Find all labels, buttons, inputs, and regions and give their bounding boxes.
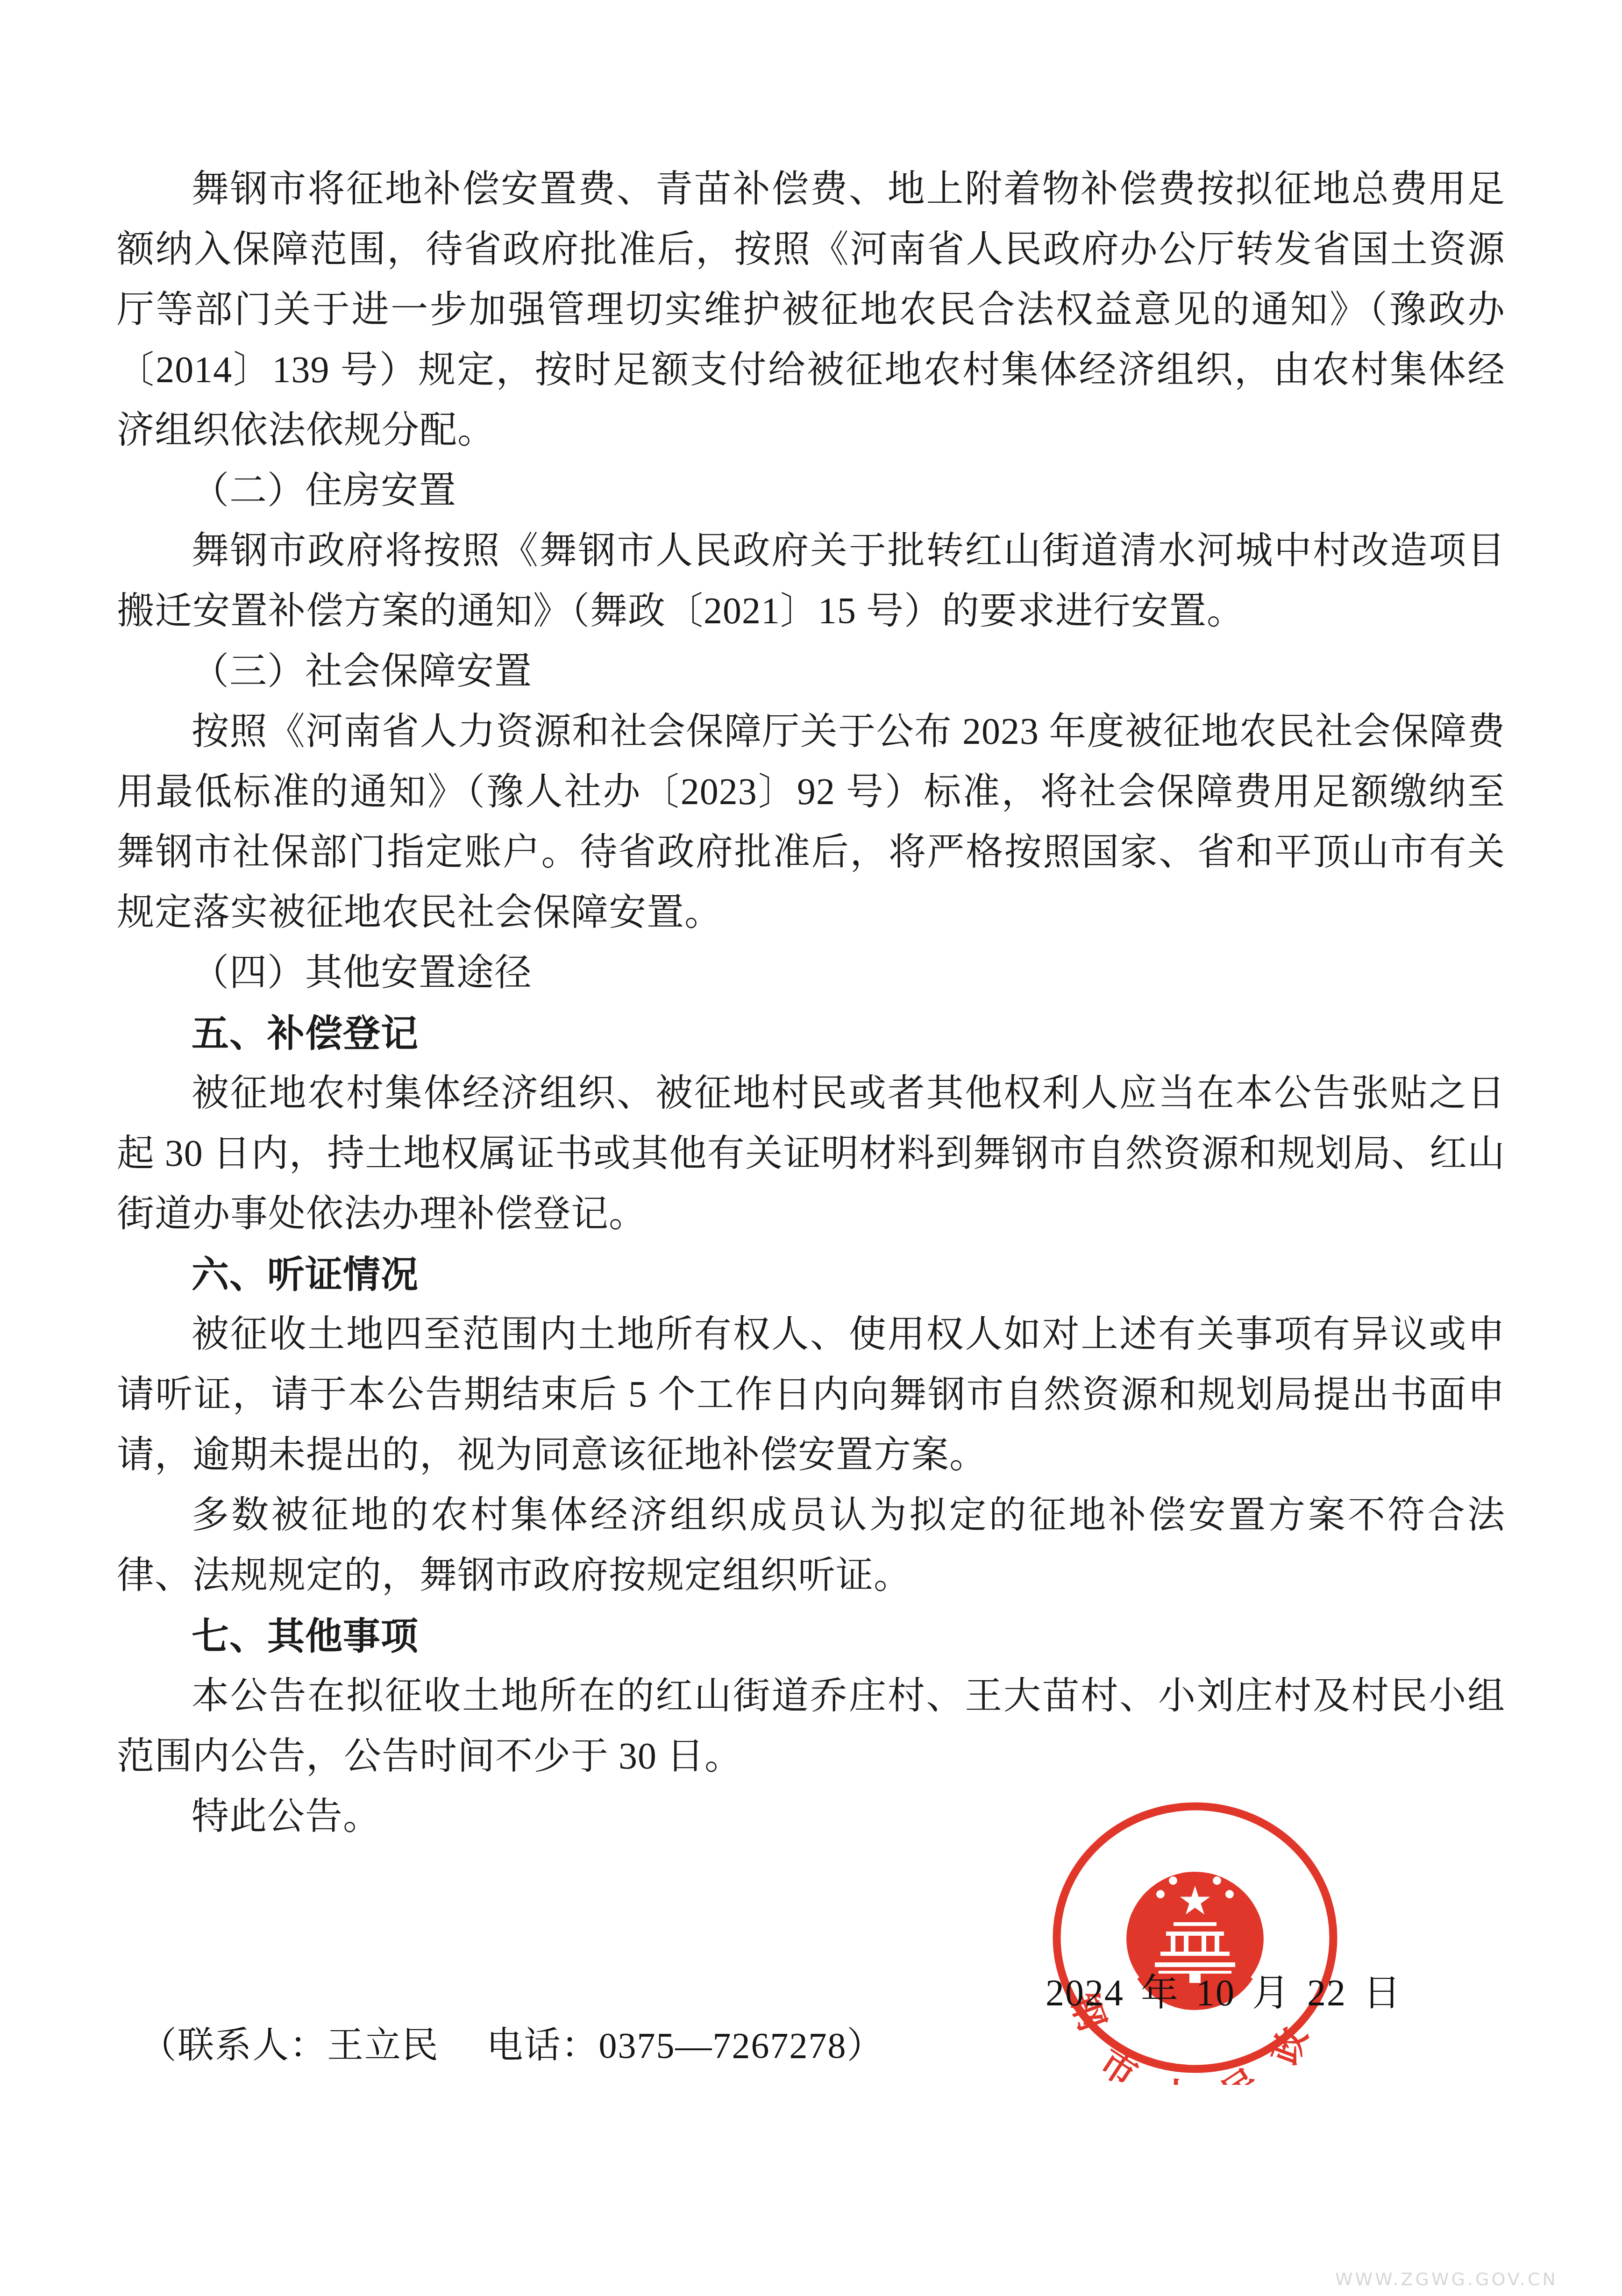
notice-page: 舞钢市将征地补偿安置费、青苗补偿费、地上附着物补偿费按拟征地总费用足额纳入保障范… [0,0,1622,2296]
paragraph: 六、听证情况 [117,1244,1505,1305]
paragraph: 按照《河南省人力资源和社会保障厅关于公布 2023 年度被征地农民社会保障费用最… [117,702,1505,943]
paragraph: （三）社会保障安置 [117,642,1505,702]
paragraph: 七、其他事项 [117,1606,1505,1666]
contact-info: （联系人：王立民 电话：0375—7267278） [140,2023,884,2068]
issue-date: 2024 年 10 月 22 日 [1046,1971,1401,2016]
paragraph: 被征收土地四至范围内土地所有权人、使用权人如对上述有关事项有异议或申请听证，请于… [117,1305,1505,1485]
paragraph: 被征地农村集体经济组织、被征地村民或者其他权利人应当在本公告张贴之日起 30 日… [117,1063,1505,1244]
paragraph: 五、补偿登记 [117,1003,1505,1063]
paragraph: 舞钢市将征地补偿安置费、青苗补偿费、地上附着物补偿费按拟征地总费用足额纳入保障范… [117,159,1505,461]
paragraph: （四）其他安置途径 [117,943,1505,1003]
government-seal: 舞钢市人民政府 [1041,1795,1349,2085]
paragraph: 本公告在拟征收土地所在的红山街道乔庄村、王大苗村、小刘庄村及村民小组范围内公告，… [117,1666,1505,1787]
paragraph: 舞钢市政府将按照《舞钢市人民政府关于批转红山街道清水河城中村改造项目搬迁安置补偿… [117,521,1505,642]
website-watermark: WWW.ZGWG.GOV.CN [1335,2269,1558,2289]
paragraph: （二）住房安置 [117,461,1505,521]
paragraph: 多数被征地的农村集体经济组织成员认为拟定的征地补偿安置方案不符合法律、法规规定的… [117,1485,1505,1606]
document-body: 舞钢市将征地补偿安置费、青苗补偿费、地上附着物补偿费按拟征地总费用足额纳入保障范… [117,159,1505,1847]
